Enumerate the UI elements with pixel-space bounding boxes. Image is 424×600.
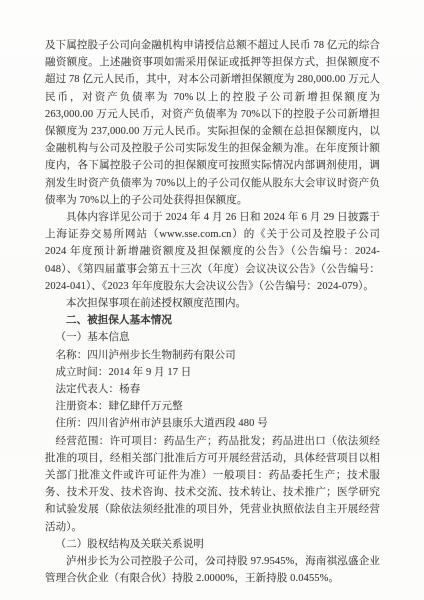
page-footer: 2 (0, 551, 424, 569)
paragraph-disclosure-reference: 具体内容详见公司于 2024 年 4 月 26 日和 2024 年 6 月 29… (45, 209, 380, 295)
item-establish-date: 成立时间：2014 年 9 月 17 日 (45, 364, 380, 381)
item-address: 住所：四川省泸州市泸县康乐大道西段 480 号 (45, 415, 380, 432)
document-page: 及下属控股子公司向金融机构申请授信总额不超过人民币 78 亿元的综合融资额度。上… (0, 0, 424, 600)
subsection-basic-info: （一）基本信息 (45, 329, 380, 346)
item-company-name: 名称：四川泸州步长生物制药有限公司 (45, 347, 380, 364)
section-heading-guaranteed-party: 二、被担保人基本情况 (45, 312, 380, 329)
page-number: 2 (210, 557, 215, 567)
document-body: 及下属控股子公司向金融机构申请授信总额不超过人民币 78 亿元的综合融资额度。上… (45, 37, 380, 588)
item-business-scope: 经营范围：许可项目：药品生产；药品批发；药品进出口（依法须经批准的项目，经相关部… (45, 433, 380, 536)
paragraph-guarantee-quota: 及下属控股子公司向金融机构申请授信总额不超过人民币 78 亿元的综合融资额度。上… (45, 37, 380, 209)
item-registered-capital: 注册资本：肆亿肆仟万元整 (45, 398, 380, 415)
paragraph-within-authorized-quota: 本次担保事项在前述授权额度范围内。 (45, 295, 380, 312)
item-legal-representative: 法定代表人：杨春 (45, 381, 380, 398)
